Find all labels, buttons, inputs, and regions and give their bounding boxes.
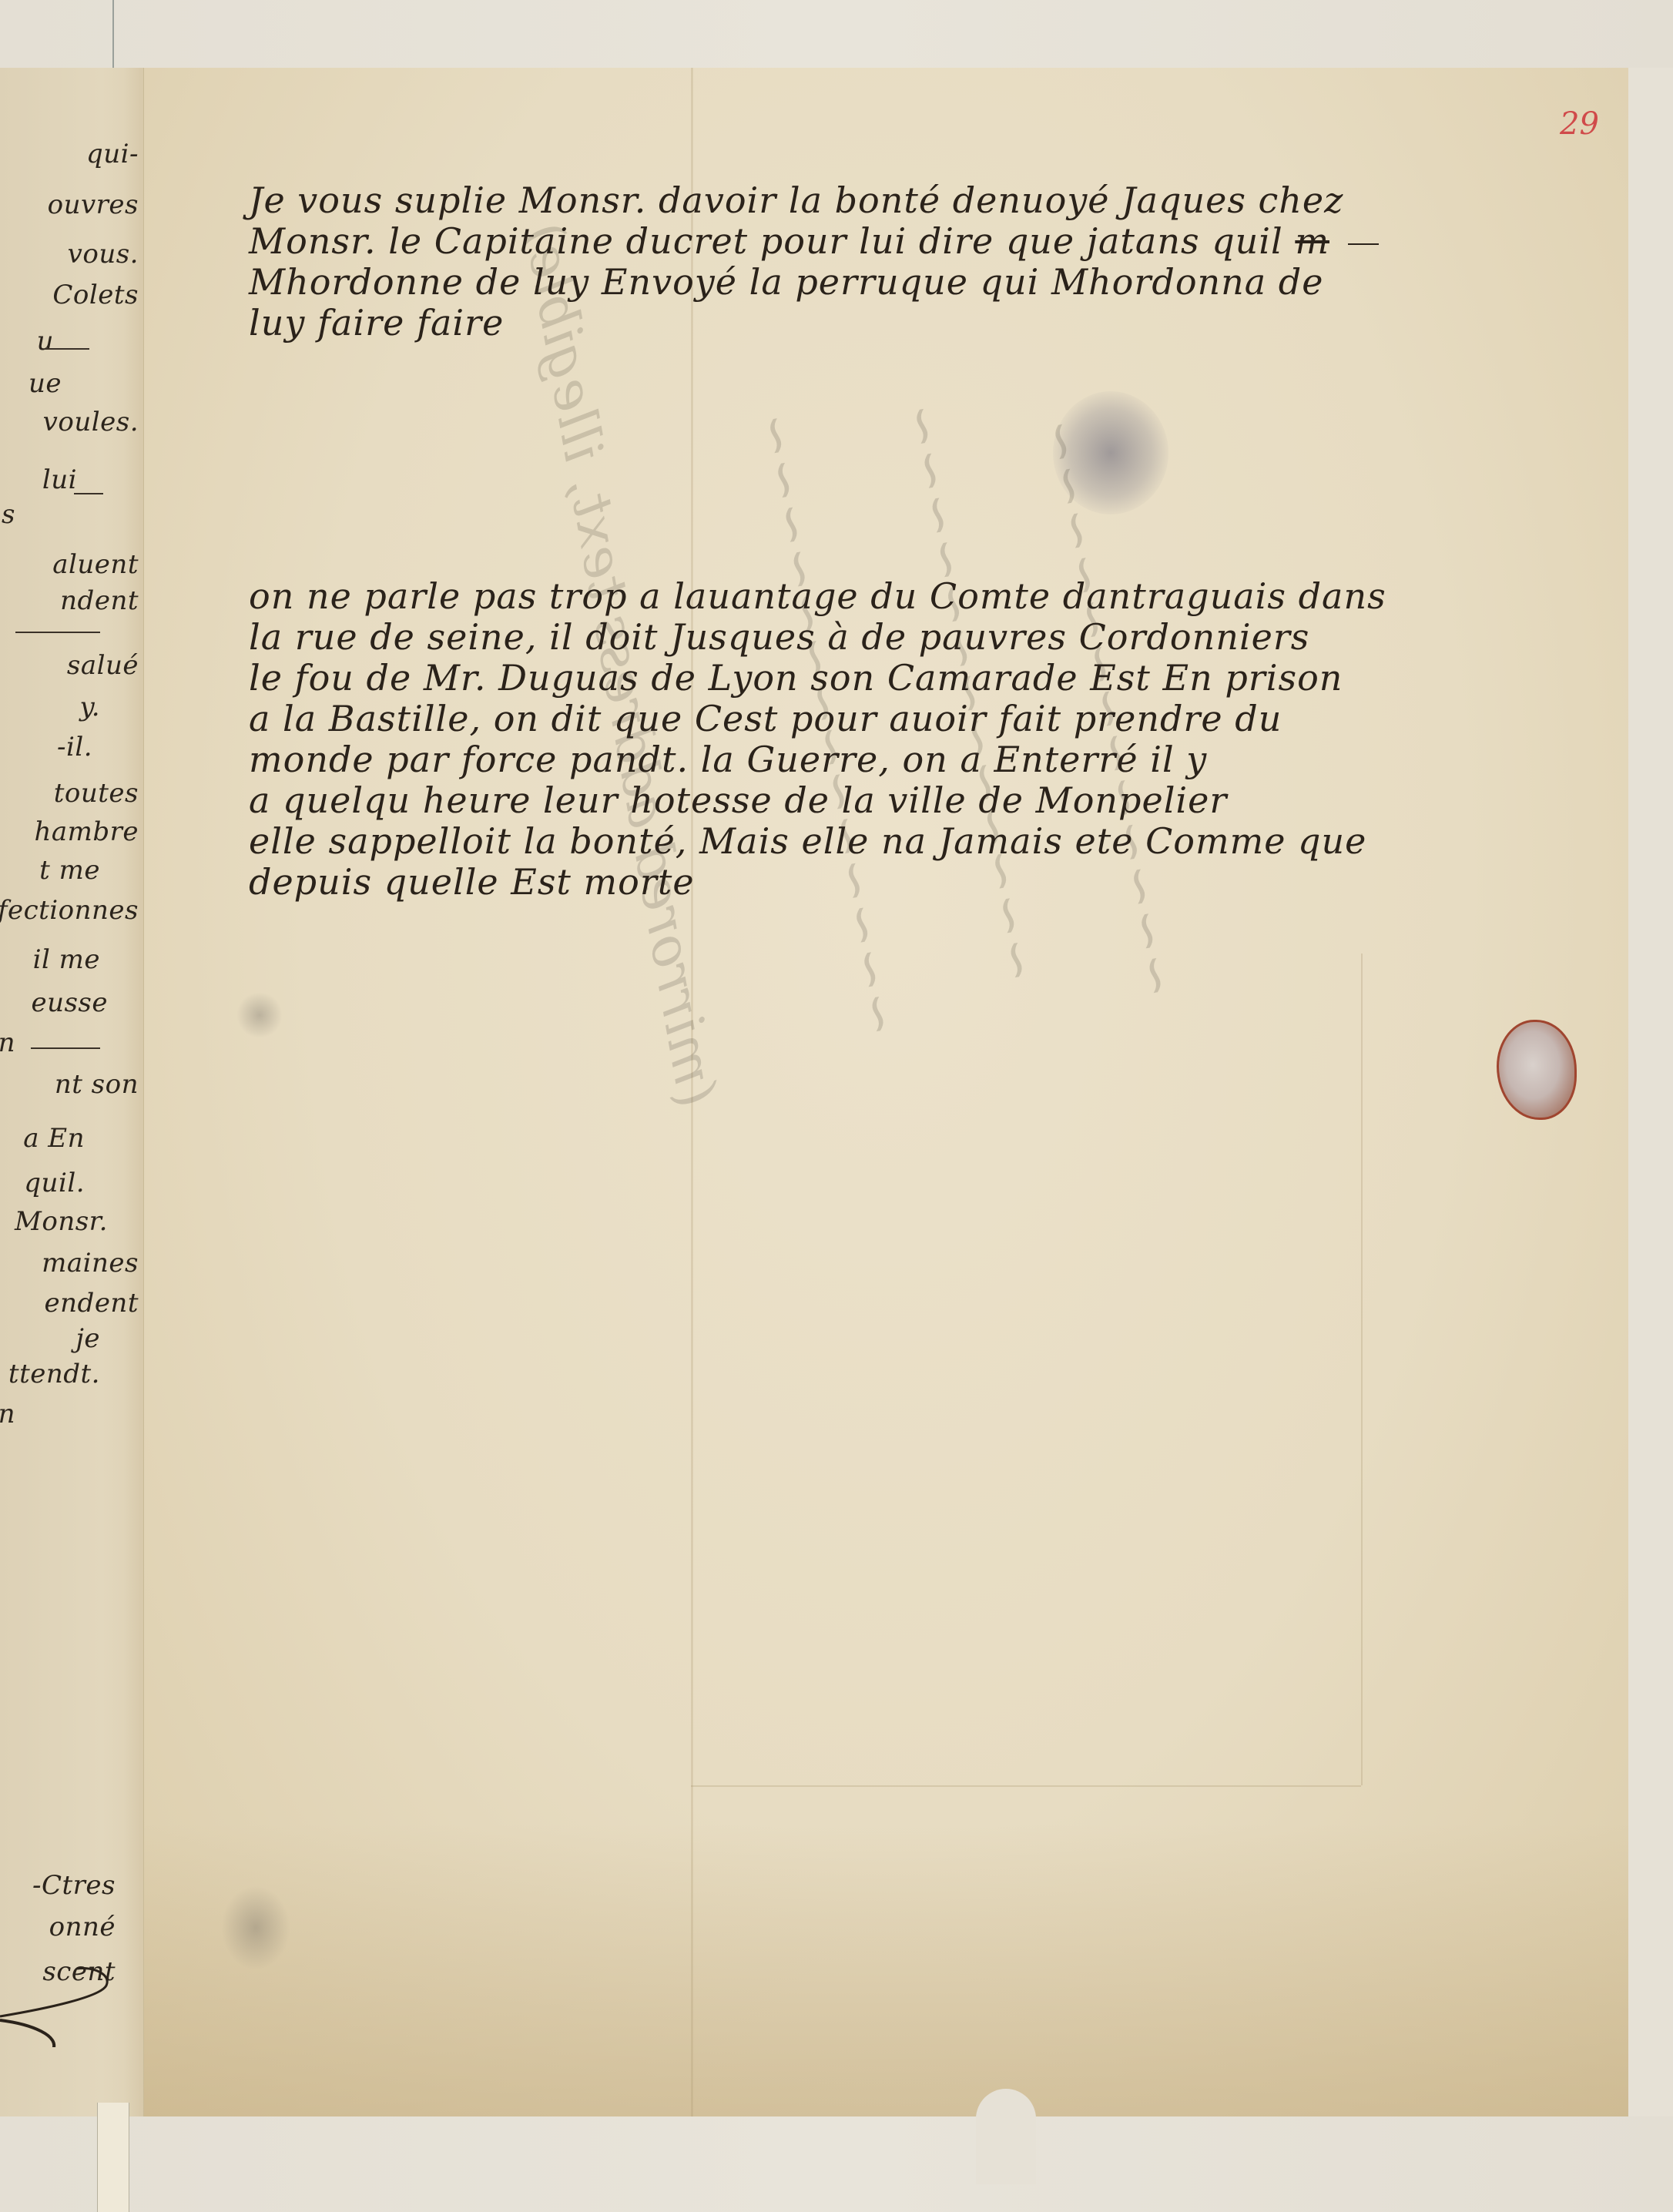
left-fragment: s	[2, 499, 15, 530]
text-line: a la Bastille, on dit que Cest pour auoi…	[249, 699, 1386, 739]
left-fragment: ouvres	[48, 189, 139, 220]
left-fragment: vous.	[68, 239, 139, 270]
left-fragment: nt son	[55, 1069, 139, 1100]
folio-number: 29	[1560, 106, 1599, 142]
left-fragment: quil.	[24, 1168, 85, 1198]
left-fragment: qui-	[86, 139, 139, 169]
left-fragment: toutes	[54, 778, 139, 809]
left-fragment: n	[0, 1027, 15, 1058]
wax-seal-remnant	[1497, 1020, 1577, 1120]
age-stain	[144, 1824, 1629, 2116]
text-line: depuis quelle Est morte	[249, 862, 1386, 903]
left-fragment: il me	[33, 944, 100, 975]
adjacent-page-left: qui- ouvres vous. Colets u ue voules. lu…	[0, 68, 146, 2116]
text-line: Mhordonne de luy Envoyé la perruque qui …	[249, 262, 1379, 303]
left-rule	[74, 493, 103, 494]
left-fragment: u	[37, 326, 54, 357]
text-line: la rue de seine, il doit Jusques à de pa…	[249, 617, 1386, 658]
left-fragment: lui	[42, 464, 77, 495]
text-line: le fou de Mr. Duguas de Lyon son Camarad…	[249, 657, 1343, 699]
left-fragment: je	[75, 1323, 100, 1354]
left-fragment: ue	[28, 368, 62, 399]
paragraph-1: Je vous suplie Monsr. davoir la bonté de…	[249, 180, 1379, 344]
fold-crease	[691, 1785, 1361, 1787]
left-fragment: voules.	[43, 407, 139, 437]
text-line: Monsr. le Capitaine ducret pour lui dire…	[249, 220, 1283, 262]
text-line: Je vous suplie Monsr. davoir la bonté de…	[249, 180, 1379, 221]
scan-background-right	[1628, 68, 1673, 2116]
smudge	[236, 992, 283, 1038]
smudge	[221, 1885, 290, 1970]
struck-text: m	[1295, 220, 1329, 262]
left-fragment: maines	[42, 1248, 139, 1279]
left-fragment: n	[0, 1399, 15, 1429]
text-line: elle sappelloit la bonté, Mais elle na J…	[249, 821, 1386, 862]
left-fragment: -Ctres	[32, 1870, 116, 1901]
flourish-signature	[0, 1962, 123, 2047]
left-fragment: salué	[67, 650, 139, 681]
text-line: on ne parle pas trop a lauantage du Comt…	[249, 576, 1386, 617]
text-line: monde par force pandt. la Guerre, on a E…	[249, 739, 1386, 780]
left-fragment: Monsr.	[15, 1206, 108, 1237]
text-line: a quelqu heure leur hotesse de la ville …	[249, 780, 1386, 821]
fold-crease	[1361, 954, 1363, 1785]
left-fragment: t me	[39, 855, 100, 886]
left-rule	[15, 632, 100, 633]
paragraph-2: on ne parle pas trop a lauantage du Comt…	[249, 576, 1386, 903]
binding-line	[112, 0, 114, 69]
line-filler	[1348, 243, 1379, 245]
left-fragment: eusse	[31, 987, 108, 1018]
left-fragment: Colets	[52, 280, 139, 310]
left-fragment: onné	[49, 1912, 116, 1942]
left-fragment: -il.	[57, 732, 92, 762]
left-fragment: ttendt.	[8, 1359, 100, 1389]
left-fragment: aluent	[52, 549, 139, 580]
manuscript-page: 29 (mirrored address text, illegible) ~~…	[143, 68, 1629, 2116]
left-fragment: endent	[45, 1288, 139, 1319]
left-fragment: a En	[23, 1123, 85, 1154]
binding-strip	[97, 2103, 129, 2212]
left-fragment: hambre	[34, 816, 139, 847]
text-line: luy faire faire	[249, 303, 1379, 344]
text-line: le fou de Mr. Duguas de Lyon son Camarad…	[249, 658, 1386, 699]
left-fragment: fectionnes	[0, 895, 139, 926]
left-fragment: y.	[80, 692, 101, 722]
text-line: Monsr. le Capitaine ducret pour lui dire…	[249, 221, 1379, 262]
left-rule	[31, 1047, 100, 1049]
left-fragment: ndent	[60, 585, 139, 616]
left-rule	[45, 348, 89, 350]
paper-tear	[976, 2089, 1036, 2184]
